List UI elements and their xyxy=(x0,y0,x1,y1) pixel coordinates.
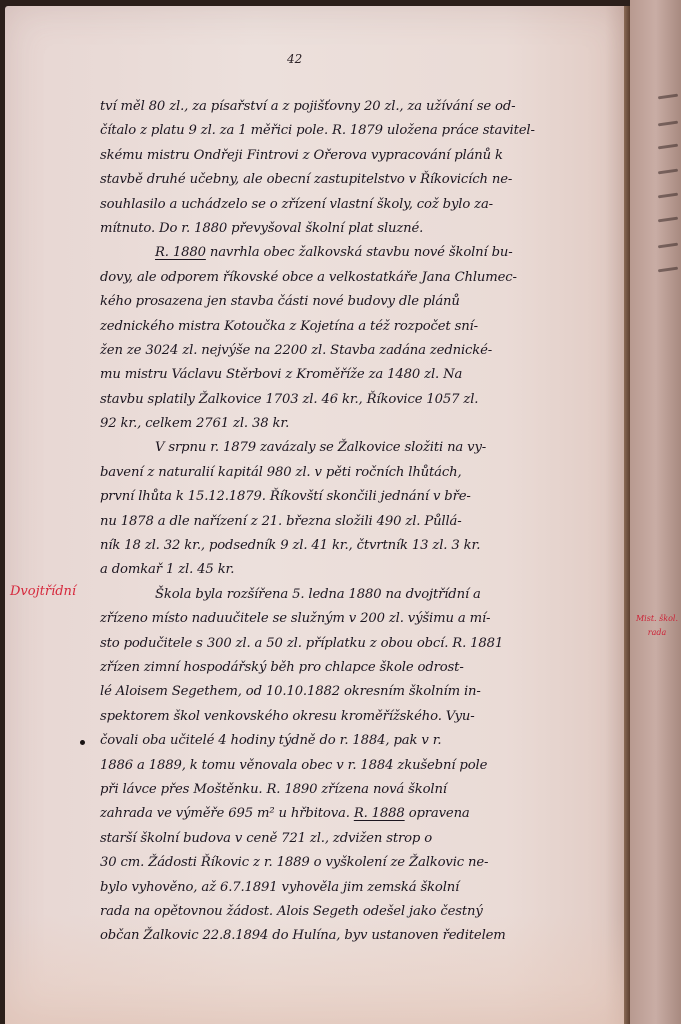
text-line: ník 18 zl. 32 kr., podsedník 9 zl. 41 kr… xyxy=(100,534,610,558)
margin-note-line: rada xyxy=(634,626,680,640)
text-line: bylo vyhověno, až 6.7.1891 vyhověla jim … xyxy=(100,876,610,900)
text-line: mu mistru Václavu Stěrbovi z Kroměříže z… xyxy=(100,363,610,387)
text-line: občan Žalkovic 22.8.1894 do Hulína, byv … xyxy=(100,924,610,948)
text-line: dovy, ale odporem říkovské obce a velkos… xyxy=(100,266,610,290)
text-line: bavení z naturalií kapitál 980 zl. v pět… xyxy=(100,461,610,485)
margin-note-dvojtridni: Dvojtřídní xyxy=(10,584,76,599)
text-line: při lávce přes Moštěnku. R. 1890 zřízena… xyxy=(100,778,610,802)
text-line: starší školní budova v ceně 721 zl., zdv… xyxy=(100,827,610,851)
text-line: mítnuto. Do r. 1880 převyšoval školní pl… xyxy=(100,217,610,241)
paragraph-start-line: Škola byla rozšířena 5. ledna 1880 na dv… xyxy=(100,583,610,607)
bleed-through-stroke xyxy=(658,121,678,127)
underlined-year: R. 1888 xyxy=(354,806,405,821)
page-number: 42 xyxy=(287,52,302,66)
text-line: skému mistru Ondřeji Fintrovi z Ořerova … xyxy=(100,144,610,168)
text-line: žen ze 3024 zl. nejvýše na 2200 zl. Stav… xyxy=(100,339,610,363)
adjacent-page-edge xyxy=(630,0,681,1024)
handwritten-body: tví měl 80 zl., za písařství a z pojišťo… xyxy=(100,95,610,949)
bleed-through-stroke xyxy=(658,193,678,199)
text-line: spektorem škol venkovského okresu kroměř… xyxy=(100,705,610,729)
text-line: stavbu splatily Žalkovice 1703 zl. 46 kr… xyxy=(100,388,610,412)
paragraph-start-line: R. 1880 navrhla obec žalkovská stavbu no… xyxy=(100,241,610,265)
bleed-through-stroke xyxy=(658,94,678,100)
bleed-through-stroke xyxy=(658,217,678,223)
ink-dot-mark xyxy=(80,740,85,745)
text-line: zřízen zimní hospodářský běh pro chlapce… xyxy=(100,656,610,680)
margin-note-school-board: Mist. škol. rada xyxy=(634,612,680,640)
text-line: rada na opětovnou žádost. Alois Segeth o… xyxy=(100,900,610,924)
text-line: souhlasilo a uchádzelo se o zřízení vlas… xyxy=(100,193,610,217)
text-line: 30 cm. Žádosti Říkovic z r. 1889 o vyško… xyxy=(100,851,610,875)
underlined-year: R. 1880 xyxy=(155,245,206,260)
text-line: zednického mistra Kotoučka z Kojetína a … xyxy=(100,315,610,339)
text-line: první lhůta k 15.12.1879. Říkovští skonč… xyxy=(100,485,610,509)
text-line: a domkař 1 zl. 45 kr. xyxy=(100,558,610,582)
text-line: nu 1878 a dle nařízení z 21. března slož… xyxy=(100,510,610,534)
text-line: sto podučitele s 300 zl. a 50 zl. přípla… xyxy=(100,632,610,656)
text-line: lé Aloisem Segethem, od 10.10.1882 okres… xyxy=(100,680,610,704)
text-line: čovali oba učitelé 4 hodiny týdně do r. … xyxy=(100,729,610,753)
text-line: 92 kr., celkem 2761 zl. 38 kr. xyxy=(100,412,610,436)
text-line: zahrada ve výměře 695 m² u hřbitova. R. … xyxy=(100,802,610,826)
bleed-through-stroke xyxy=(658,144,678,150)
text-line: stavbě druhé učebny, ale obecní zastupit… xyxy=(100,168,610,192)
bleed-through-stroke xyxy=(658,267,678,273)
book-spread: 42 Dvojtřídní Mist. škol. rada tví měl 8… xyxy=(0,0,681,1024)
paragraph-start-line: V srpnu r. 1879 zavázaly se Žalkovice sl… xyxy=(100,436,610,460)
bleed-through-stroke xyxy=(658,169,678,175)
margin-note-line: Mist. škol. xyxy=(634,612,680,626)
text-line: kého prosazena jen stavba části nové bud… xyxy=(100,290,610,314)
text-line: 1886 a 1889, k tomu věnovala obec v r. 1… xyxy=(100,754,610,778)
text-line: zřízeno místo naduučitele se služným v 2… xyxy=(100,607,610,631)
bleed-through-stroke xyxy=(658,243,678,249)
text-line: tví měl 80 zl., za písařství a z pojišťo… xyxy=(100,95,610,119)
text-line: čítalo z platu 9 zl. za 1 měřici pole. R… xyxy=(100,119,610,143)
